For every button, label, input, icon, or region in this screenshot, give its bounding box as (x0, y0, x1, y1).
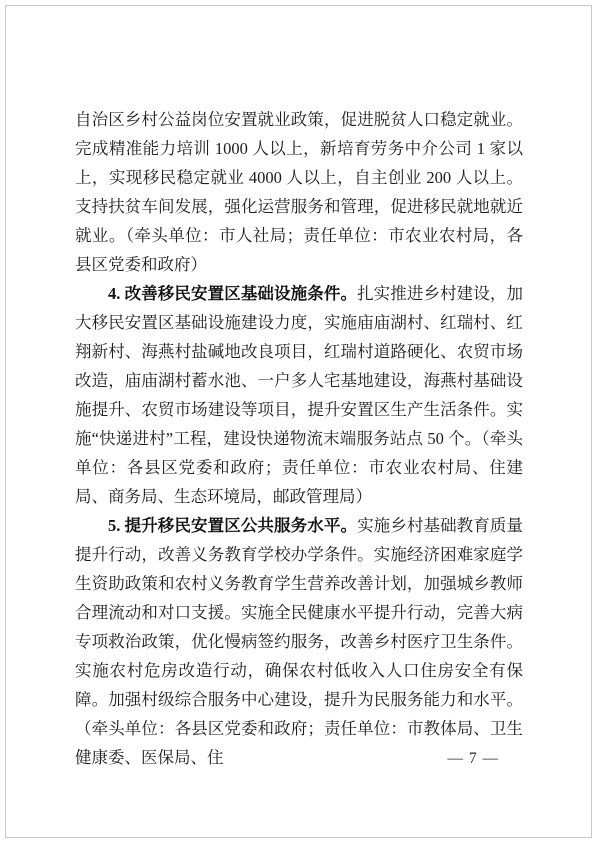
paragraph-text: 自治区乡村公益岗位安置就业政策，促进脱贫人口稳定就业。完成精准能力培训 1000… (75, 110, 523, 274)
page-footer: — 7 — (0, 750, 597, 768)
document-page: 自治区乡村公益岗位安置就业政策，促进脱贫人口稳定就业。完成精准能力培训 1000… (0, 0, 597, 843)
document-text: 自治区乡村公益岗位安置就业政策，促进脱贫人口稳定就业。完成精准能力培训 1000… (75, 105, 523, 772)
paragraph-text: 扎实推进乡村建设，加大移民安置区基础设施建设力度，实施庙庙湖村、红瑞村、红翔新村… (75, 284, 523, 506)
paragraph-item-5: 5. 提升移民安置区公共服务水平。实施乡村基础教育质量提升行动，改善义务教育学校… (75, 511, 523, 772)
paragraph-continuation: 自治区乡村公益岗位安置就业政策，促进脱贫人口稳定就业。完成精准能力培训 1000… (75, 105, 523, 279)
page-number: — 7 — (448, 750, 500, 767)
paragraph-heading: 4. 改善移民安置区基础设施条件。 (108, 284, 357, 303)
paragraph-item-4: 4. 改善移民安置区基础设施条件。扎实推进乡村建设，加大移民安置区基础设施建设力… (75, 279, 523, 511)
paragraph-text: 实施乡村基础教育质量提升行动，改善义务教育学校办学条件。实施经济困难家庭学生资助… (75, 516, 523, 767)
paragraph-heading: 5. 提升移民安置区公共服务水平。 (108, 516, 357, 535)
